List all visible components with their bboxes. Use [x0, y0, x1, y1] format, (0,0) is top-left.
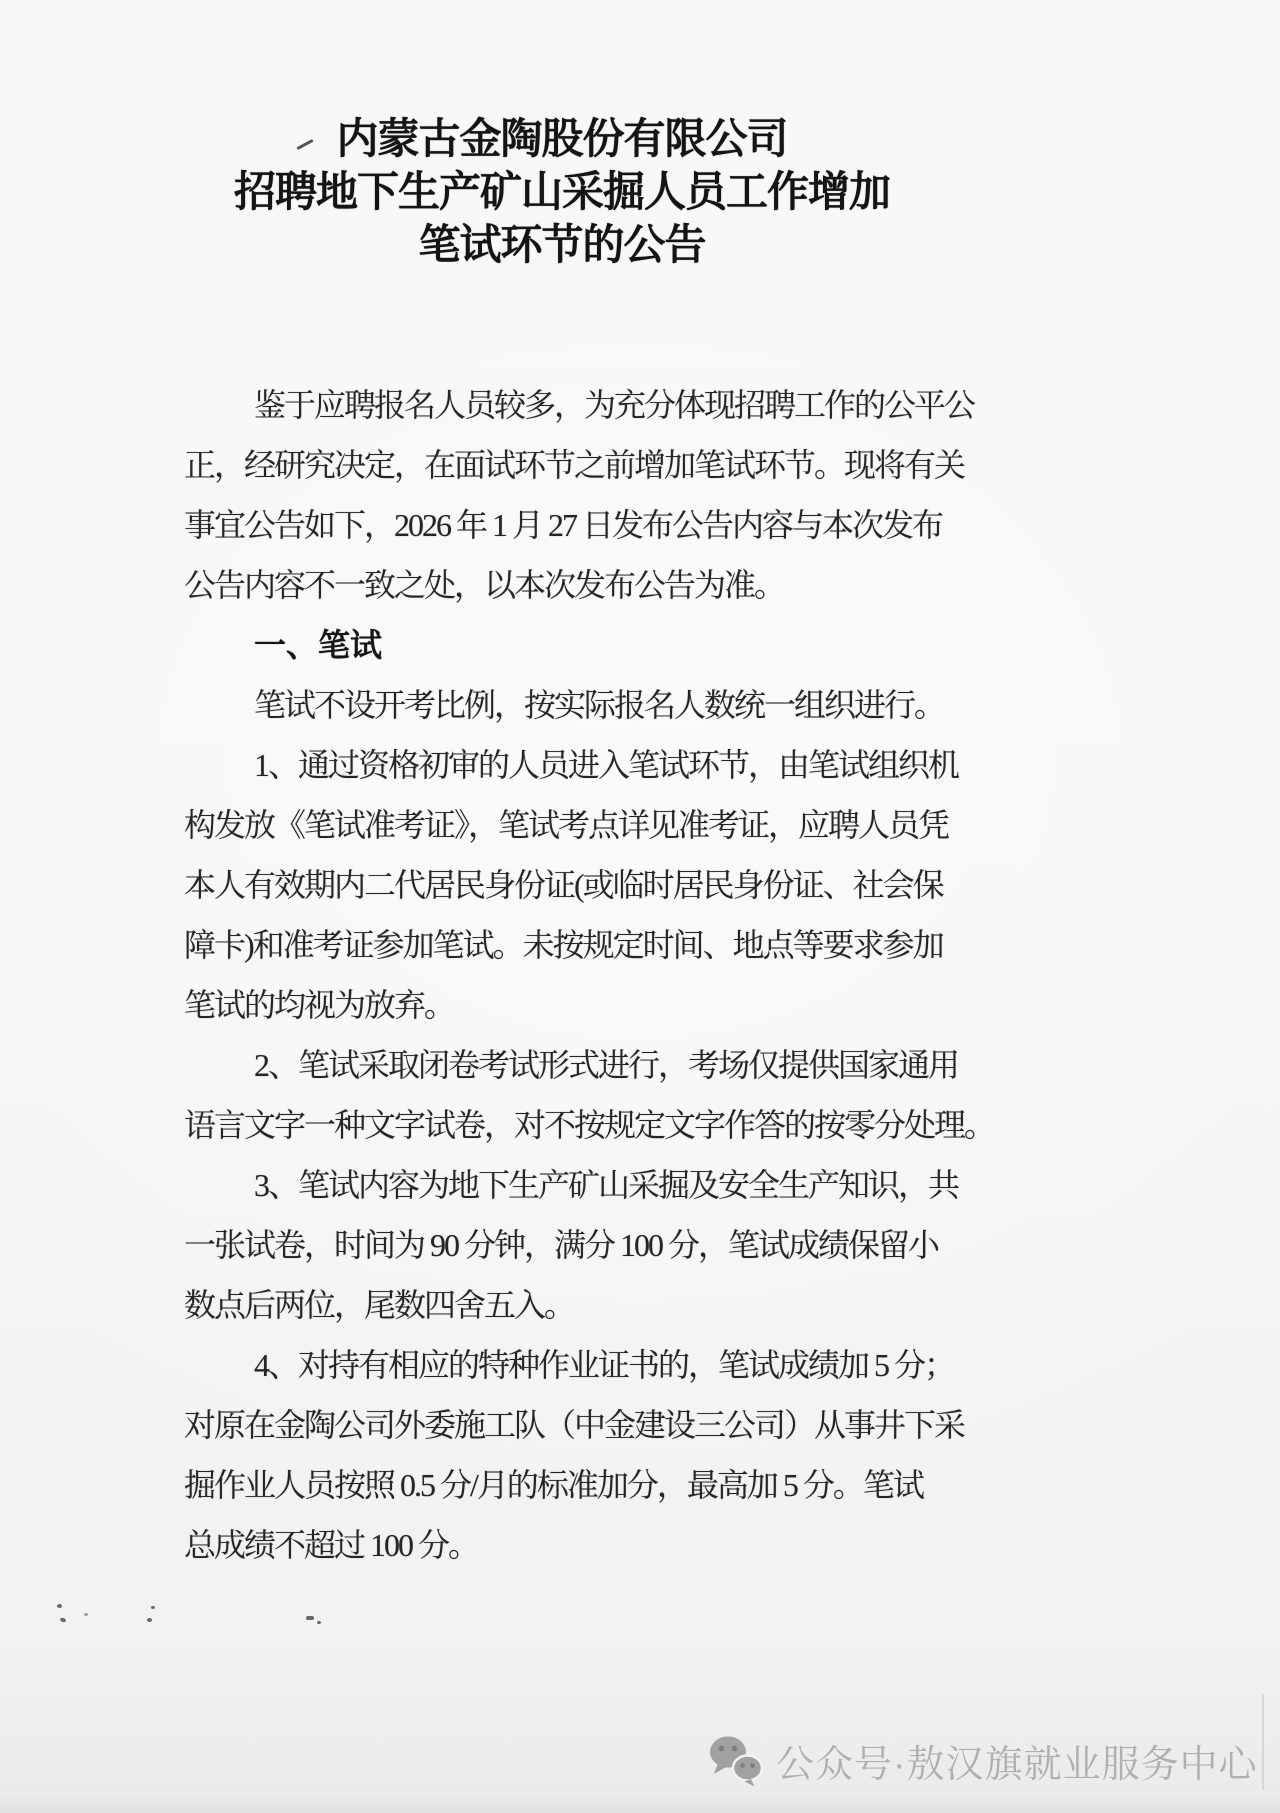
body-line: 2、笔试采取闭卷考试形式进行，考场仅提供国家通用	[184, 1035, 1004, 1095]
wechat-icon	[706, 1733, 766, 1787]
title-line-company: 内蒙古金陶股份有限公司	[184, 112, 940, 165]
wechat-account-label: 公众号·敖汉旗就业服务中心	[776, 1733, 1258, 1788]
body-line: 构发放《笔试准考证》，笔试考点详见准考证，应聘人员凭	[184, 795, 1004, 855]
scanned-announcement-page: 内蒙古金陶股份有限公司 招聘地下生产矿山采掘人员工作增加 笔试环节的公告 鉴于应…	[0, 0, 1280, 1813]
body-line: 鉴于应聘报名人员较多，为充分体现招聘工作的公平公	[184, 375, 1004, 435]
body-line: 3、笔试内容为地下生产矿山采掘及安全生产知识，共	[184, 1155, 1004, 1215]
document-body: 鉴于应聘报名人员较多，为充分体现招聘工作的公平公正，经研究决定，在面试环节之前增…	[184, 375, 1004, 1575]
body-line: 1、通过资格初审的人员进入笔试环节，由笔试组织机	[184, 735, 1004, 795]
title-line-subject: 招聘地下生产矿山采掘人员工作增加	[184, 165, 940, 218]
scan-speck	[59, 1617, 66, 1623]
wechat-watermark: 公众号·敖汉旗就业服务中心	[706, 1732, 1258, 1788]
scan-speck	[306, 1616, 314, 1620]
document-title: 内蒙古金陶股份有限公司 招聘地下生产矿山采掘人员工作增加 笔试环节的公告	[184, 112, 940, 271]
body-line: 笔试的均视为放弃。	[184, 975, 1004, 1035]
scan-artifact-line	[1262, 1694, 1264, 1790]
body-line: 本人有效期内二代居民身份证(或临时居民身份证、社会保	[184, 855, 1004, 915]
body-line: 语言文字一种文字试卷，对不按规定文字作答的按零分处理。	[184, 1095, 1004, 1155]
body-line: 障卡)和准考证参加笔试。未按规定时间、地点等要求参加	[184, 915, 1004, 975]
scan-speck	[84, 1613, 88, 1616]
body-line: 公告内容不一致之处，以本次发布公告为准。	[184, 555, 1004, 615]
body-line: 掘作业人员按照 0.5 分/月的标准加分，最高加 5 分。笔试	[184, 1455, 1004, 1515]
body-line: 对原在金陶公司外委施工队（中金建设三公司）从事井下采	[184, 1395, 1004, 1455]
body-line: 正，经研究决定，在面试环节之前增加笔试环节。现将有关	[184, 435, 1004, 495]
scan-speck	[147, 1618, 152, 1622]
body-line: 笔试不设开考比例，按实际报名人数统一组织进行。	[184, 675, 1004, 735]
title-line-announcement: 笔试环节的公告	[184, 218, 940, 271]
body-line: 数点后两位，尾数四舍五入。	[184, 1275, 1004, 1335]
section-heading: 一、笔试	[184, 615, 1004, 675]
body-line: 一张试卷，时间为 90 分钟，满分 100 分，笔试成绩保留小	[184, 1215, 1004, 1275]
body-line: 总成绩不超过 100 分。	[184, 1515, 1004, 1575]
scan-speck	[151, 1606, 155, 1609]
body-line: 4、对持有相应的特种作业证书的，笔试成绩加 5 分；	[184, 1335, 1004, 1395]
scan-speck	[317, 1621, 321, 1624]
scan-speck	[57, 1604, 62, 1608]
body-line: 事宜公告如下，2026 年 1 月 27 日发布公告内容与本次发布	[184, 495, 1004, 555]
